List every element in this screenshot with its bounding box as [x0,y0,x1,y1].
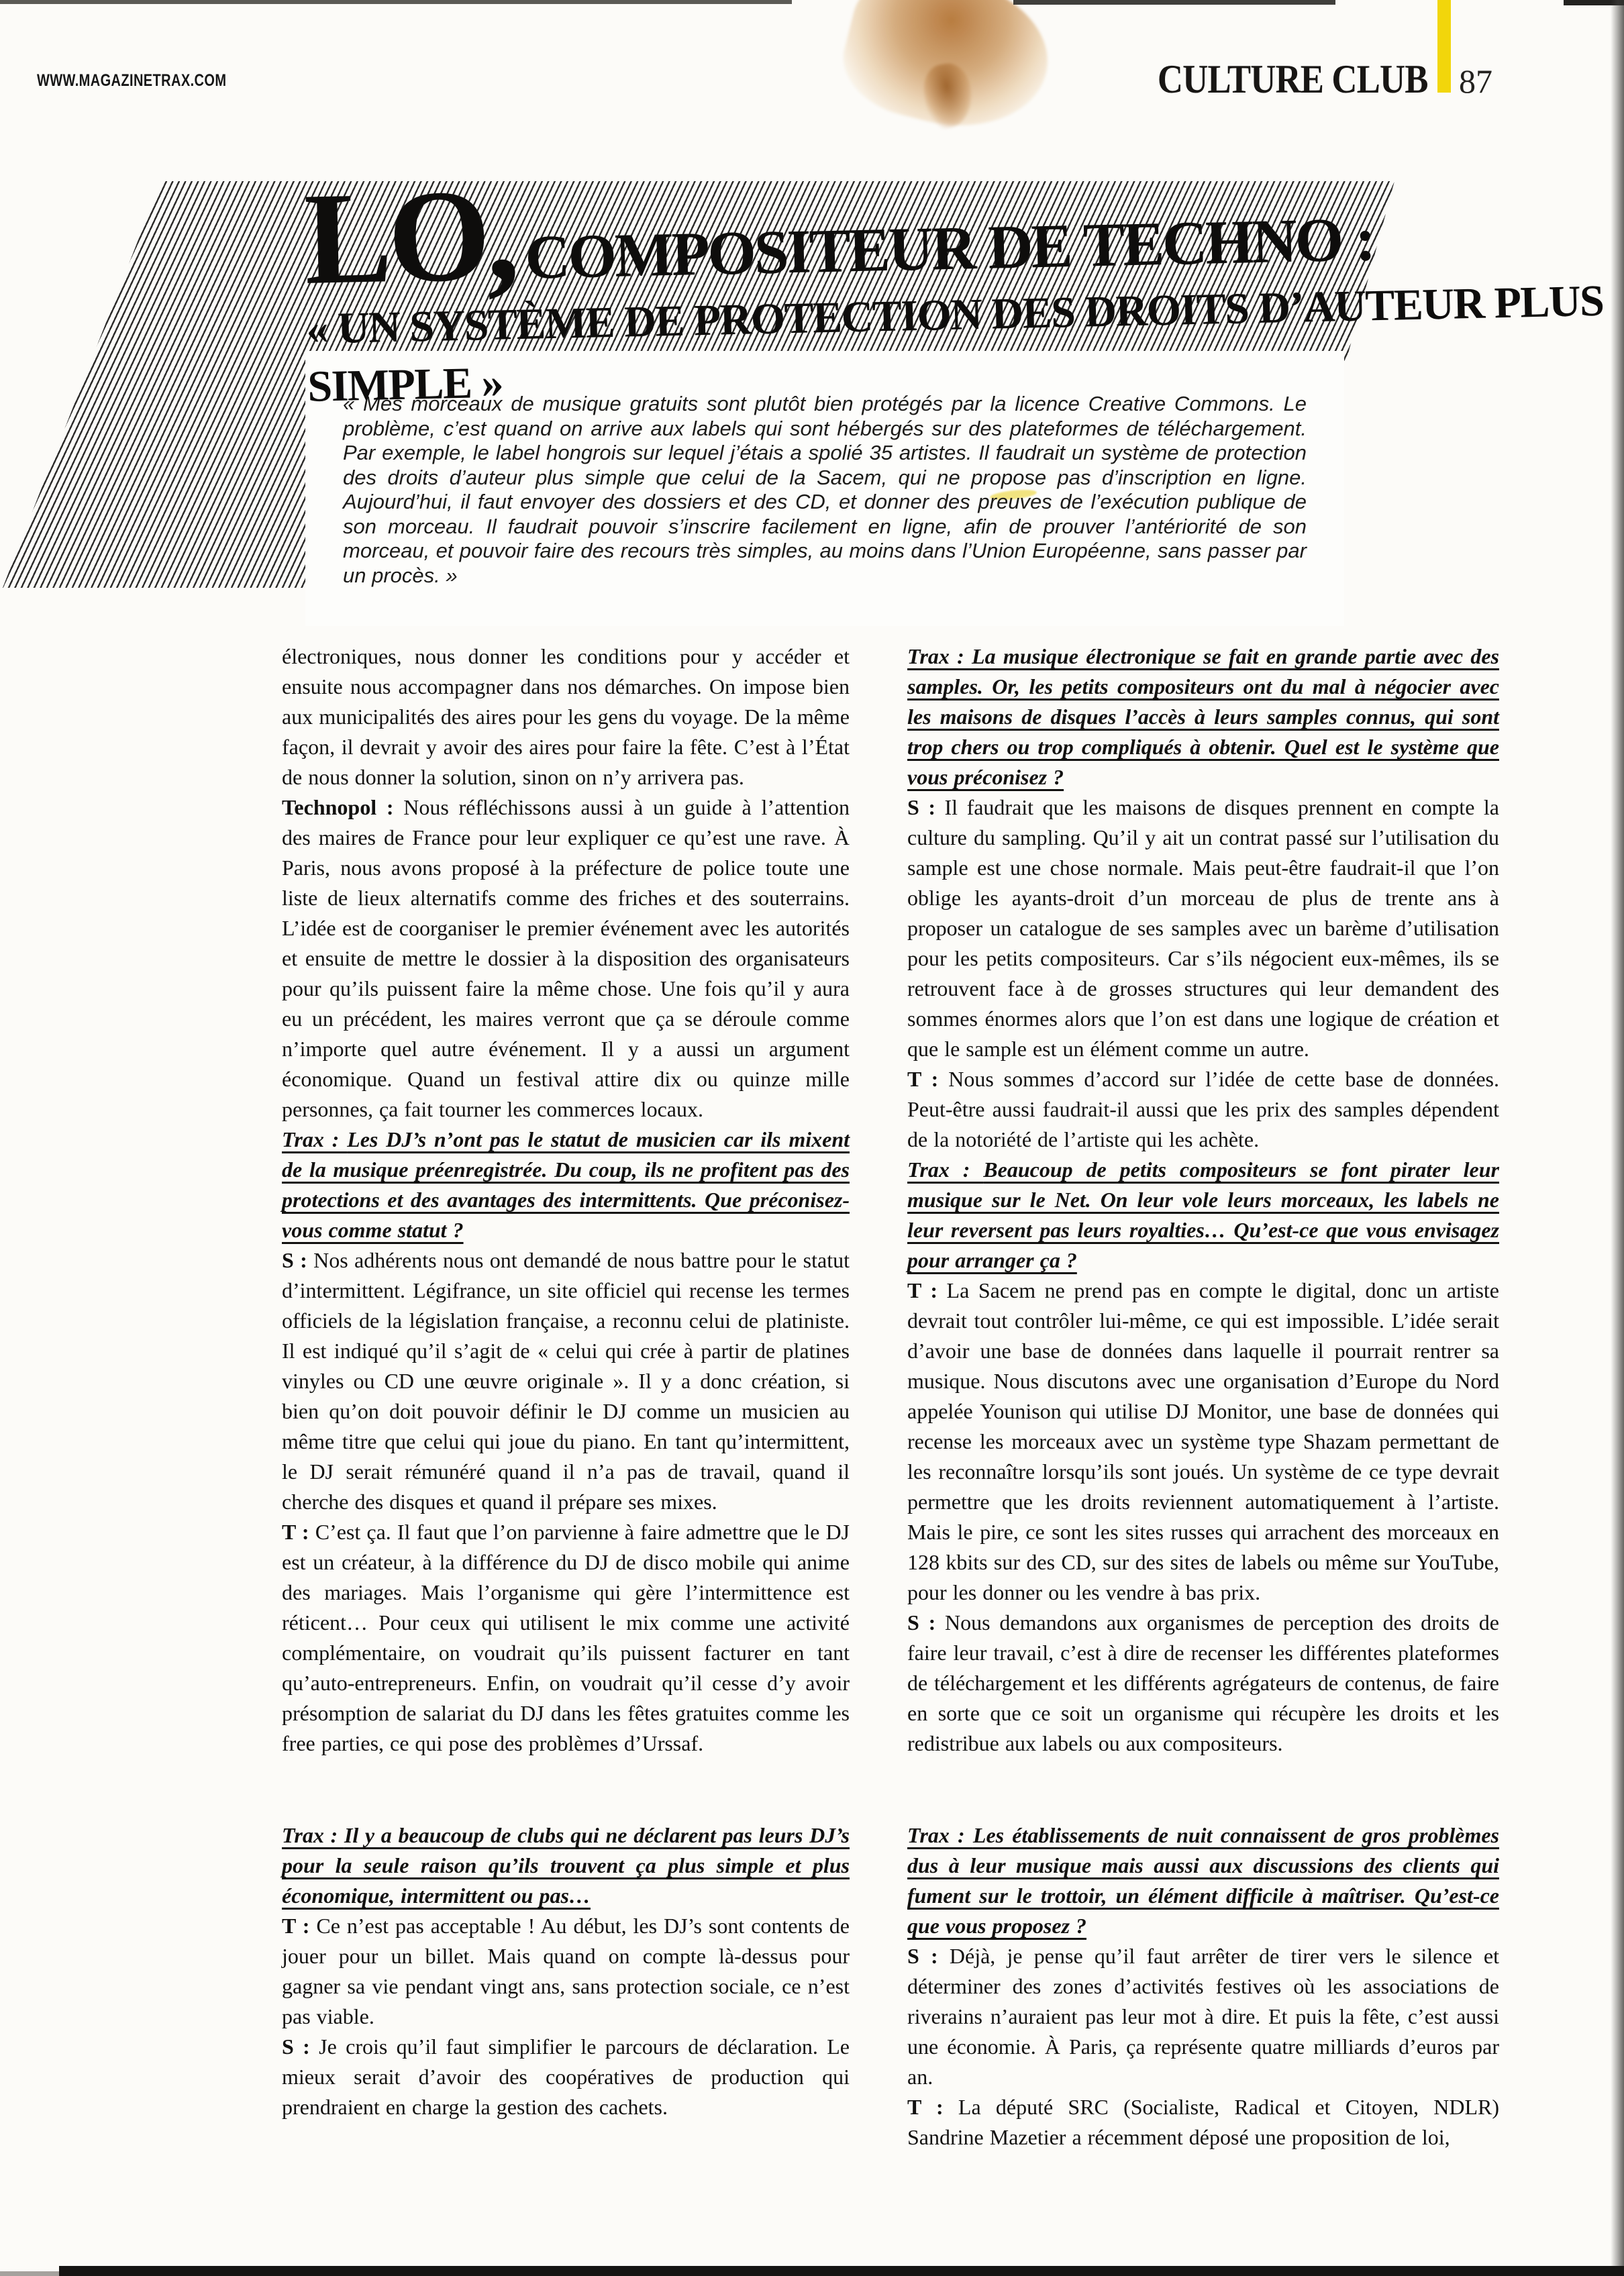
interview-answer: S : Nos adhérents nous ont demandé de no… [282,1245,850,1517]
interview-question: Trax : La musique électronique se fait e… [907,641,1499,792]
scan-edge-top-right [1013,0,1335,5]
speaker-label: Trax : [282,1823,344,1847]
page-number: 87 [1459,62,1492,101]
interview-answer: T : Nous sommes d’accord sur l’idée de c… [907,1064,1499,1155]
interview-answer: T : La Sacem ne prend pas en compte le d… [907,1276,1499,1608]
interview-answer: T : La député SRC (Socialiste, Radical e… [907,2092,1499,2153]
speaker-label: S : [907,1944,950,1968]
speaker-label: S : [907,1610,945,1635]
speaker-label: Trax : [907,1157,983,1182]
article-title-block: LO, COMPOSITEUR DE TECHNO : « UN SYSTÈME… [303,164,1449,414]
speaker-label: T : [907,1067,948,1091]
interview-question: Trax : Il y a beaucoup de clubs qui ne d… [282,1820,850,1911]
speaker-label: Trax : [282,1127,347,1151]
scan-edge-top-left [0,0,792,4]
speaker-label: T : [282,1914,316,1938]
scan-edge-bottom [59,2266,1624,2276]
interview-question: Trax : Les établissements de nuit connai… [907,1820,1499,1941]
interview-answer: S : Déjà, je pense qu’il faut arrêter de… [907,1941,1499,2092]
speaker-label: Trax : [907,1823,973,1847]
speaker-label: T : [907,2095,958,2119]
interview-answer: électroniques, nous donner les condition… [282,641,850,792]
interview-column-left: électroniques, nous donner les condition… [282,641,850,2122]
speaker-label: T : [282,1520,315,1544]
intro-quote-text: « Mes morceaux de musique gratuits sont … [343,392,1307,588]
page-number-accent-bar [1437,0,1451,93]
scan-edge-bottom-left [0,2271,59,2276]
speaker-label: Technopol : [282,795,403,819]
article-title-rest: COMPOSITEUR DE TECHNO : [524,203,1374,294]
scan-edge-right-shadow [1611,0,1624,2276]
interview-answer: T : Ce n’est pas acceptable ! Au début, … [282,1911,850,2032]
interview-question: Trax : Les DJ’s n’ont pas le statut de m… [282,1125,850,1245]
interview-answer: S : Je crois qu’il faut simplifier le pa… [282,2032,850,2122]
site-url: WWW.MAGAZINETRAX.COM [37,71,226,91]
interview-question: Trax : Beaucoup de petits compositeurs s… [907,1155,1499,1276]
interview-answer: S : Il faudrait que les maisons de disqu… [907,792,1499,1064]
magazine-page: WWW.MAGAZINETRAX.COM CULTURE CLUB 87 LO,… [0,0,1624,2276]
speaker-label: S : [282,2034,319,2059]
speaker-label: T : [907,1278,947,1302]
interview-answer: Technopol : Nous réfléchissons aussi à u… [282,792,850,1125]
interview-answer: S : Nous demandons aux organismes de per… [907,1608,1499,1759]
interview-column-right: Trax : La musique électronique se fait e… [907,641,1499,2153]
interview-answer: T : C’est ça. Il faut que l’on parvienne… [282,1517,850,1759]
speaker-label: Trax : [907,644,972,668]
article-title-lead: LO, [303,185,516,290]
speaker-label: S : [907,795,945,819]
section-title: CULTURE CLUB [1158,56,1428,103]
speaker-label: S : [282,1248,313,1272]
article-title-line: LO, COMPOSITEUR DE TECHNO : [303,164,1446,299]
